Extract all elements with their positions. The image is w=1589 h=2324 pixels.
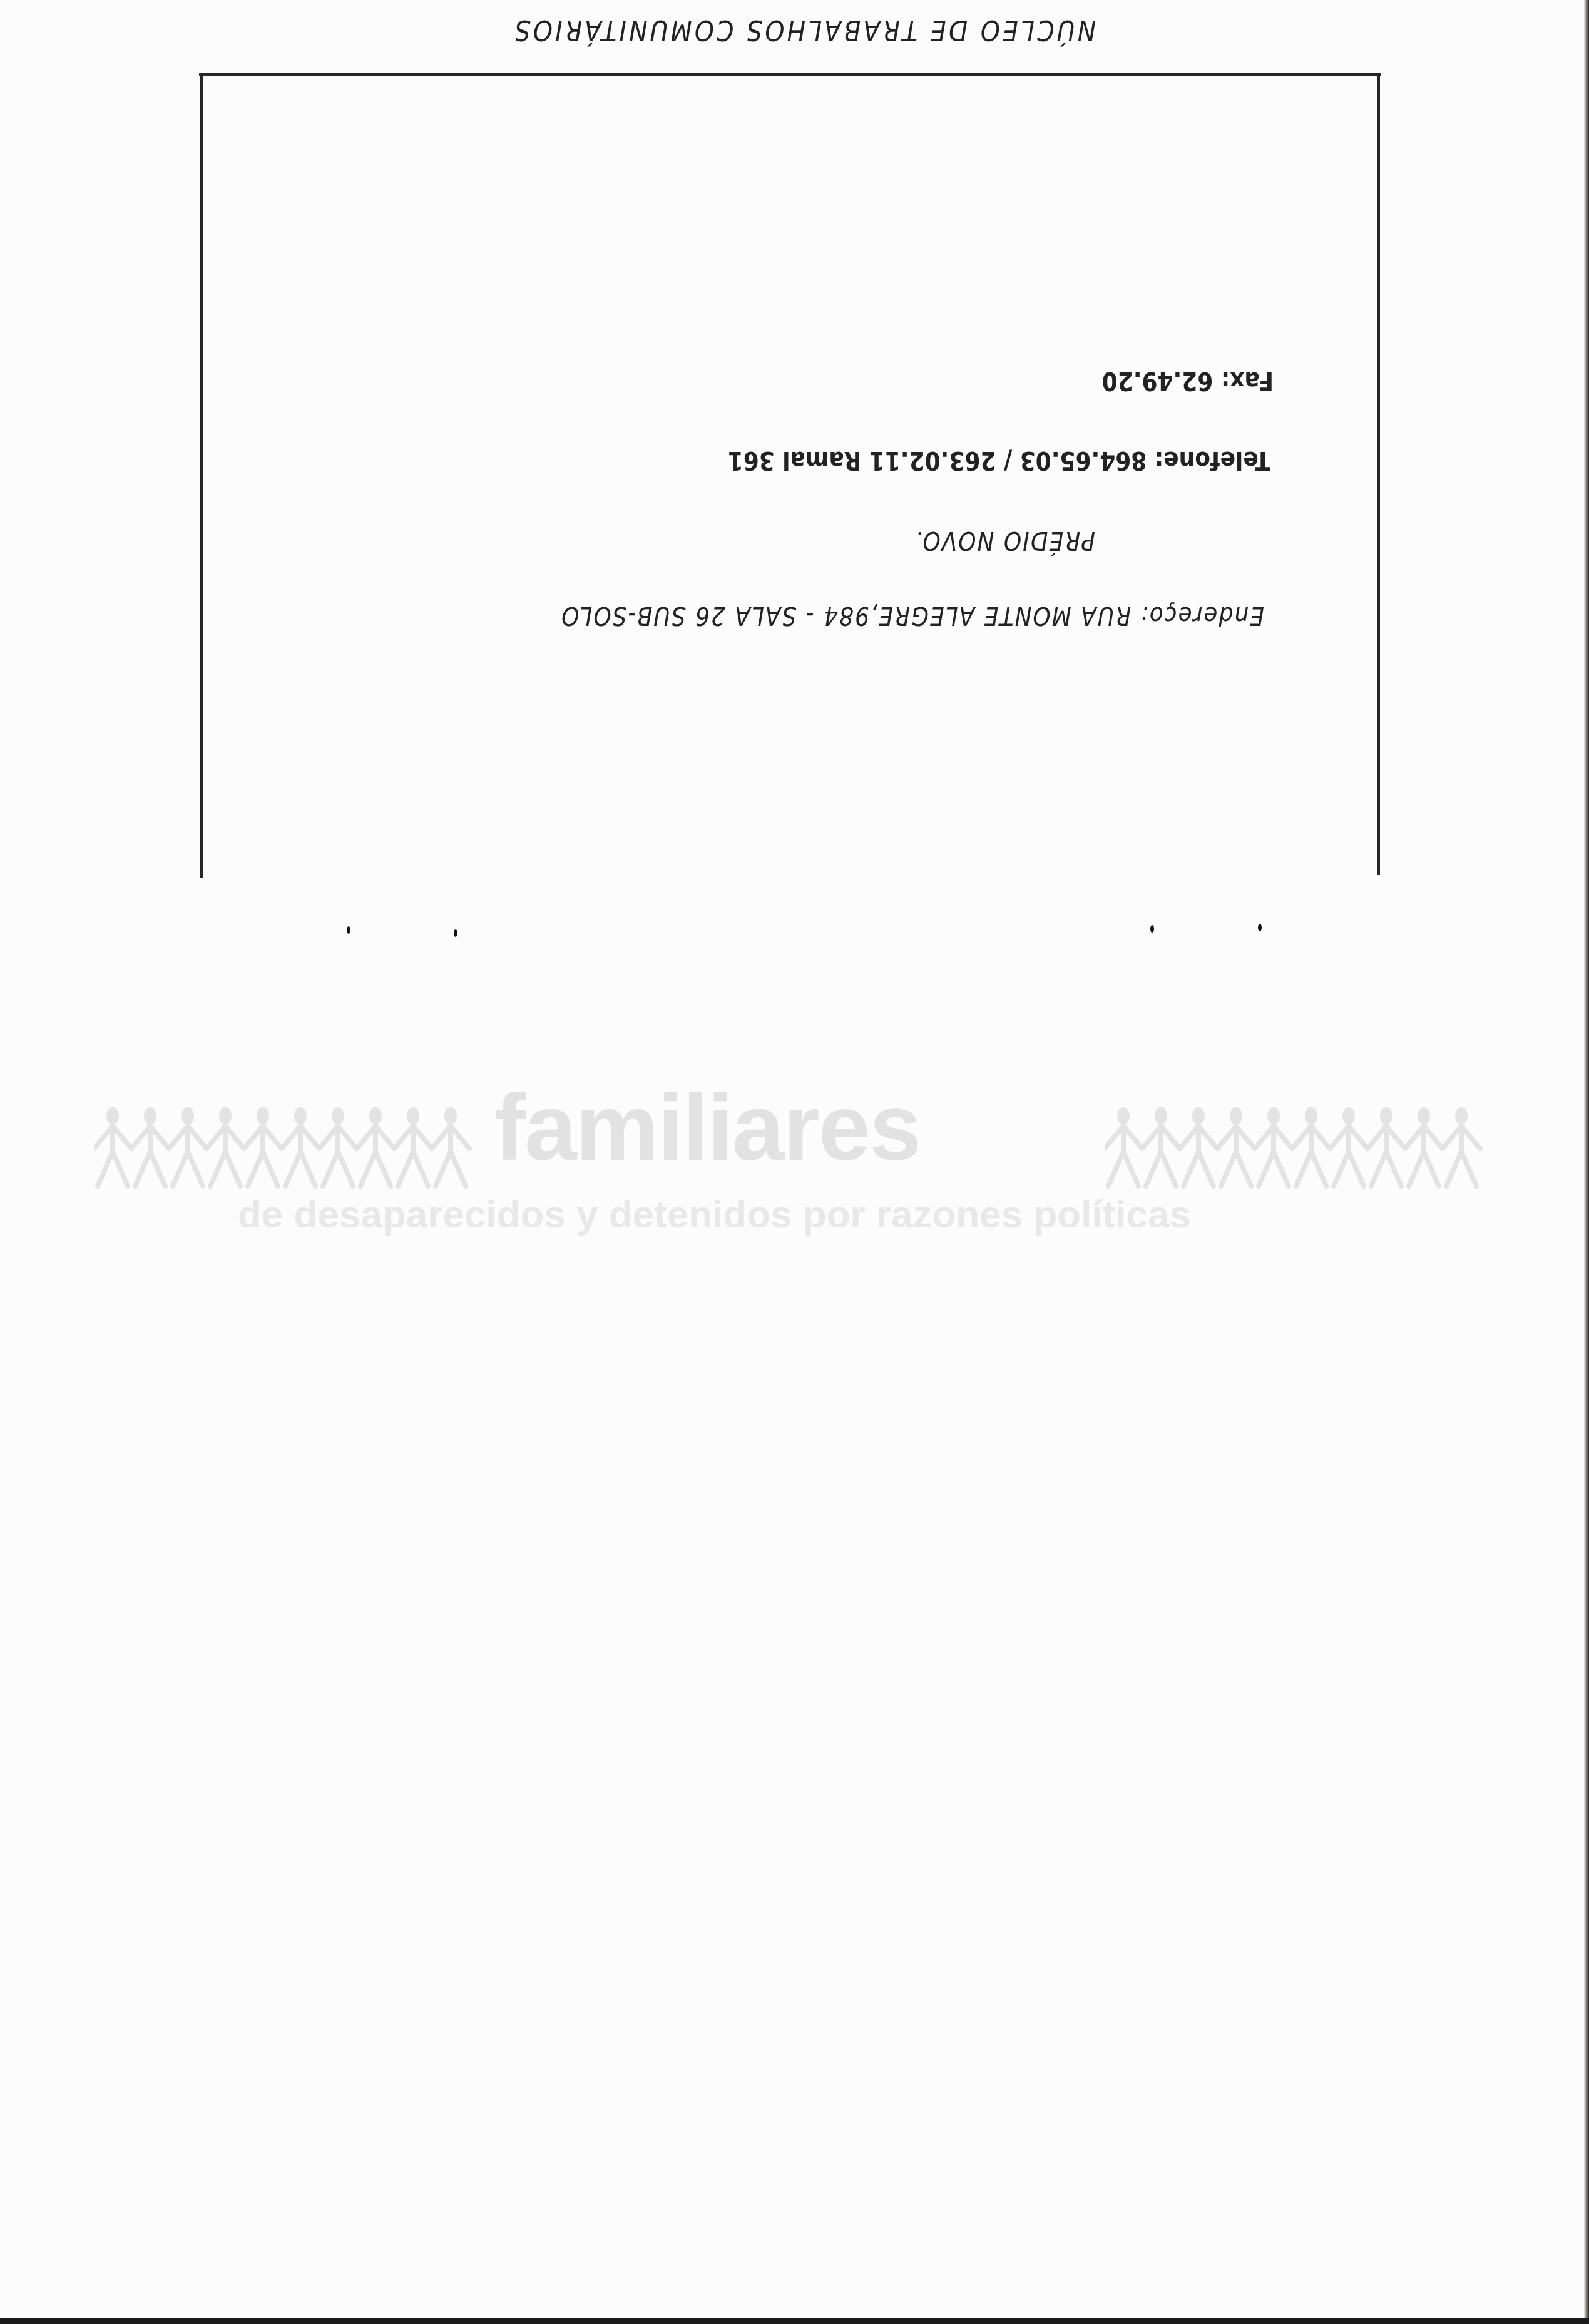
contact-box-top-border <box>199 73 1381 76</box>
watermark: familiares de desaparecidos y detenidos … <box>94 1092 1496 1255</box>
scanned-page: NÚCLEO DE TRABALHOS COMUNITÁRIOS Fax: 62… <box>0 0 1589 2324</box>
contact-box-left-border <box>200 74 203 878</box>
punch-mark <box>454 929 457 937</box>
paper-chain-people-icon <box>94 1105 482 1192</box>
scan-edge-right <box>1584 0 1589 2324</box>
punch-mark <box>347 926 350 934</box>
address-line: Endereço: RUA MONTE ALEGRE,984 - SALA 26… <box>350 601 1264 630</box>
fax-line: Fax: 62.49.20 <box>1073 366 1274 395</box>
contact-box-right-border <box>1377 74 1380 875</box>
paper-chain-people-icon <box>1105 1105 1493 1192</box>
watermark-tagline: de desaparecidos y detenidos por razones… <box>238 1192 1191 1237</box>
scan-edge-bottom <box>0 2318 1589 2324</box>
punch-mark <box>1150 925 1154 933</box>
watermark-word: familiares <box>494 1073 920 1182</box>
phone-line: Telefone: 864.65.03 / 263.02.11 Ramal 36… <box>645 446 1270 474</box>
building-line: PRÉDIO NOVO. <box>870 526 1095 555</box>
organization-title: NÚCLEO DE TRABALHOS COMUNITÁRIOS <box>482 14 1127 46</box>
punch-mark <box>1258 924 1262 931</box>
